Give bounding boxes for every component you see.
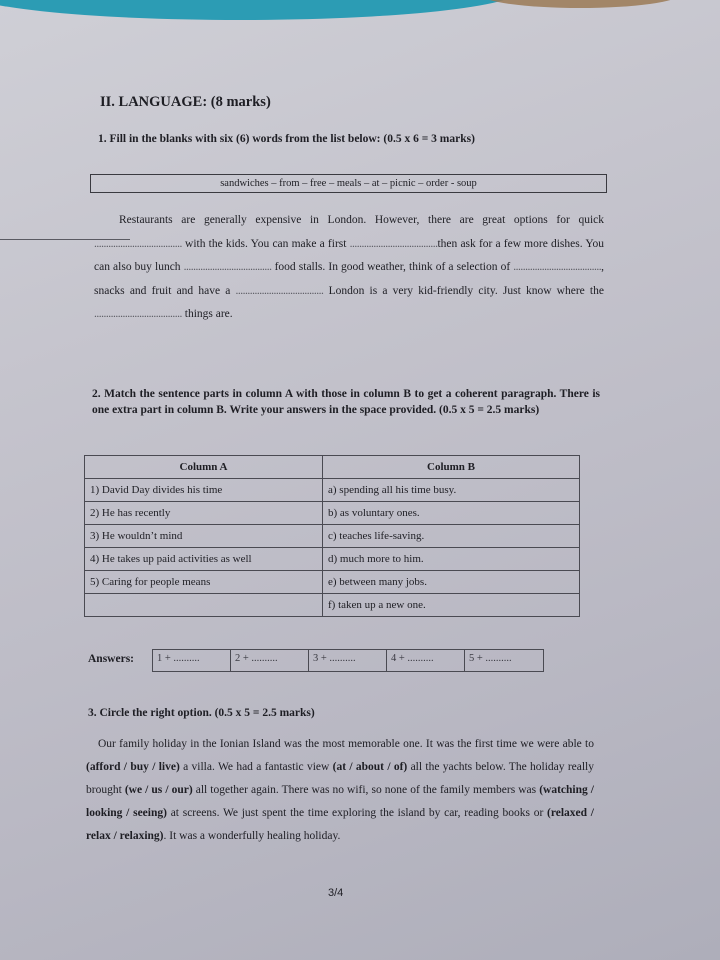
- question-2-instruction: 2. Match the sentence parts in column A …: [92, 386, 600, 418]
- question-3-paragraph: Our family holiday in the Ionian Island …: [86, 733, 594, 848]
- answer-field-3[interactable]: 3 + ..........: [309, 650, 387, 671]
- page-number: 3/4: [328, 887, 343, 899]
- table-row: 1) David Day divides his timea) spending…: [85, 479, 580, 502]
- word-list-box: sandwiches – from – free – meals – at – …: [90, 174, 607, 193]
- answer-field-4[interactable]: 4 + ..........: [387, 650, 465, 671]
- column-a-header: Column A: [85, 456, 323, 479]
- table-row: f) taken up a new one.: [85, 594, 580, 617]
- photo-background-object: [0, 0, 520, 20]
- blank-4[interactable]: .....................................: [513, 261, 601, 273]
- blank-5[interactable]: .....................................: [236, 285, 324, 297]
- question-3-instruction: 3. Circle the right option. (0.5 x 5 = 2…: [88, 707, 315, 719]
- option-group-3[interactable]: (we / us / our): [125, 784, 193, 796]
- table-row: 5) Caring for people meanse) between man…: [85, 571, 580, 594]
- blank-6[interactable]: .....................................: [94, 308, 182, 320]
- blank-2[interactable]: .....................................: [350, 238, 438, 250]
- matching-table: Column A Column B 1) David Day divides h…: [84, 455, 580, 617]
- answer-field-5[interactable]: 5 + ..........: [465, 650, 543, 671]
- option-group-2[interactable]: (at / about / of): [333, 761, 408, 773]
- question-1-paragraph: Restaurants are generally expensive in L…: [94, 209, 604, 327]
- blank-3[interactable]: .....................................: [184, 261, 272, 273]
- photo-background-object: [480, 0, 680, 8]
- table-row: 2) He has recentlyb) as voluntary ones.: [85, 502, 580, 525]
- answers-label: Answers:: [88, 653, 134, 665]
- option-group-1[interactable]: (afford / buy / live): [86, 761, 180, 773]
- question-1-instruction: 1. Fill in the blanks with six (6) words…: [98, 133, 475, 145]
- blank-1[interactable]: .....................................: [94, 238, 182, 250]
- table-row: 3) He wouldn’t mindc) teaches life-savin…: [85, 525, 580, 548]
- answers-grid: 1 + .......... 2 + .......... 3 + ......…: [152, 649, 544, 672]
- section-title: II. LANGUAGE: (8 marks): [100, 94, 271, 111]
- answer-field-1[interactable]: 1 + ..........: [153, 650, 231, 671]
- column-b-header: Column B: [323, 456, 580, 479]
- table-row: 4) He takes up paid activities as welld)…: [85, 548, 580, 571]
- answer-field-2[interactable]: 2 + ..........: [231, 650, 309, 671]
